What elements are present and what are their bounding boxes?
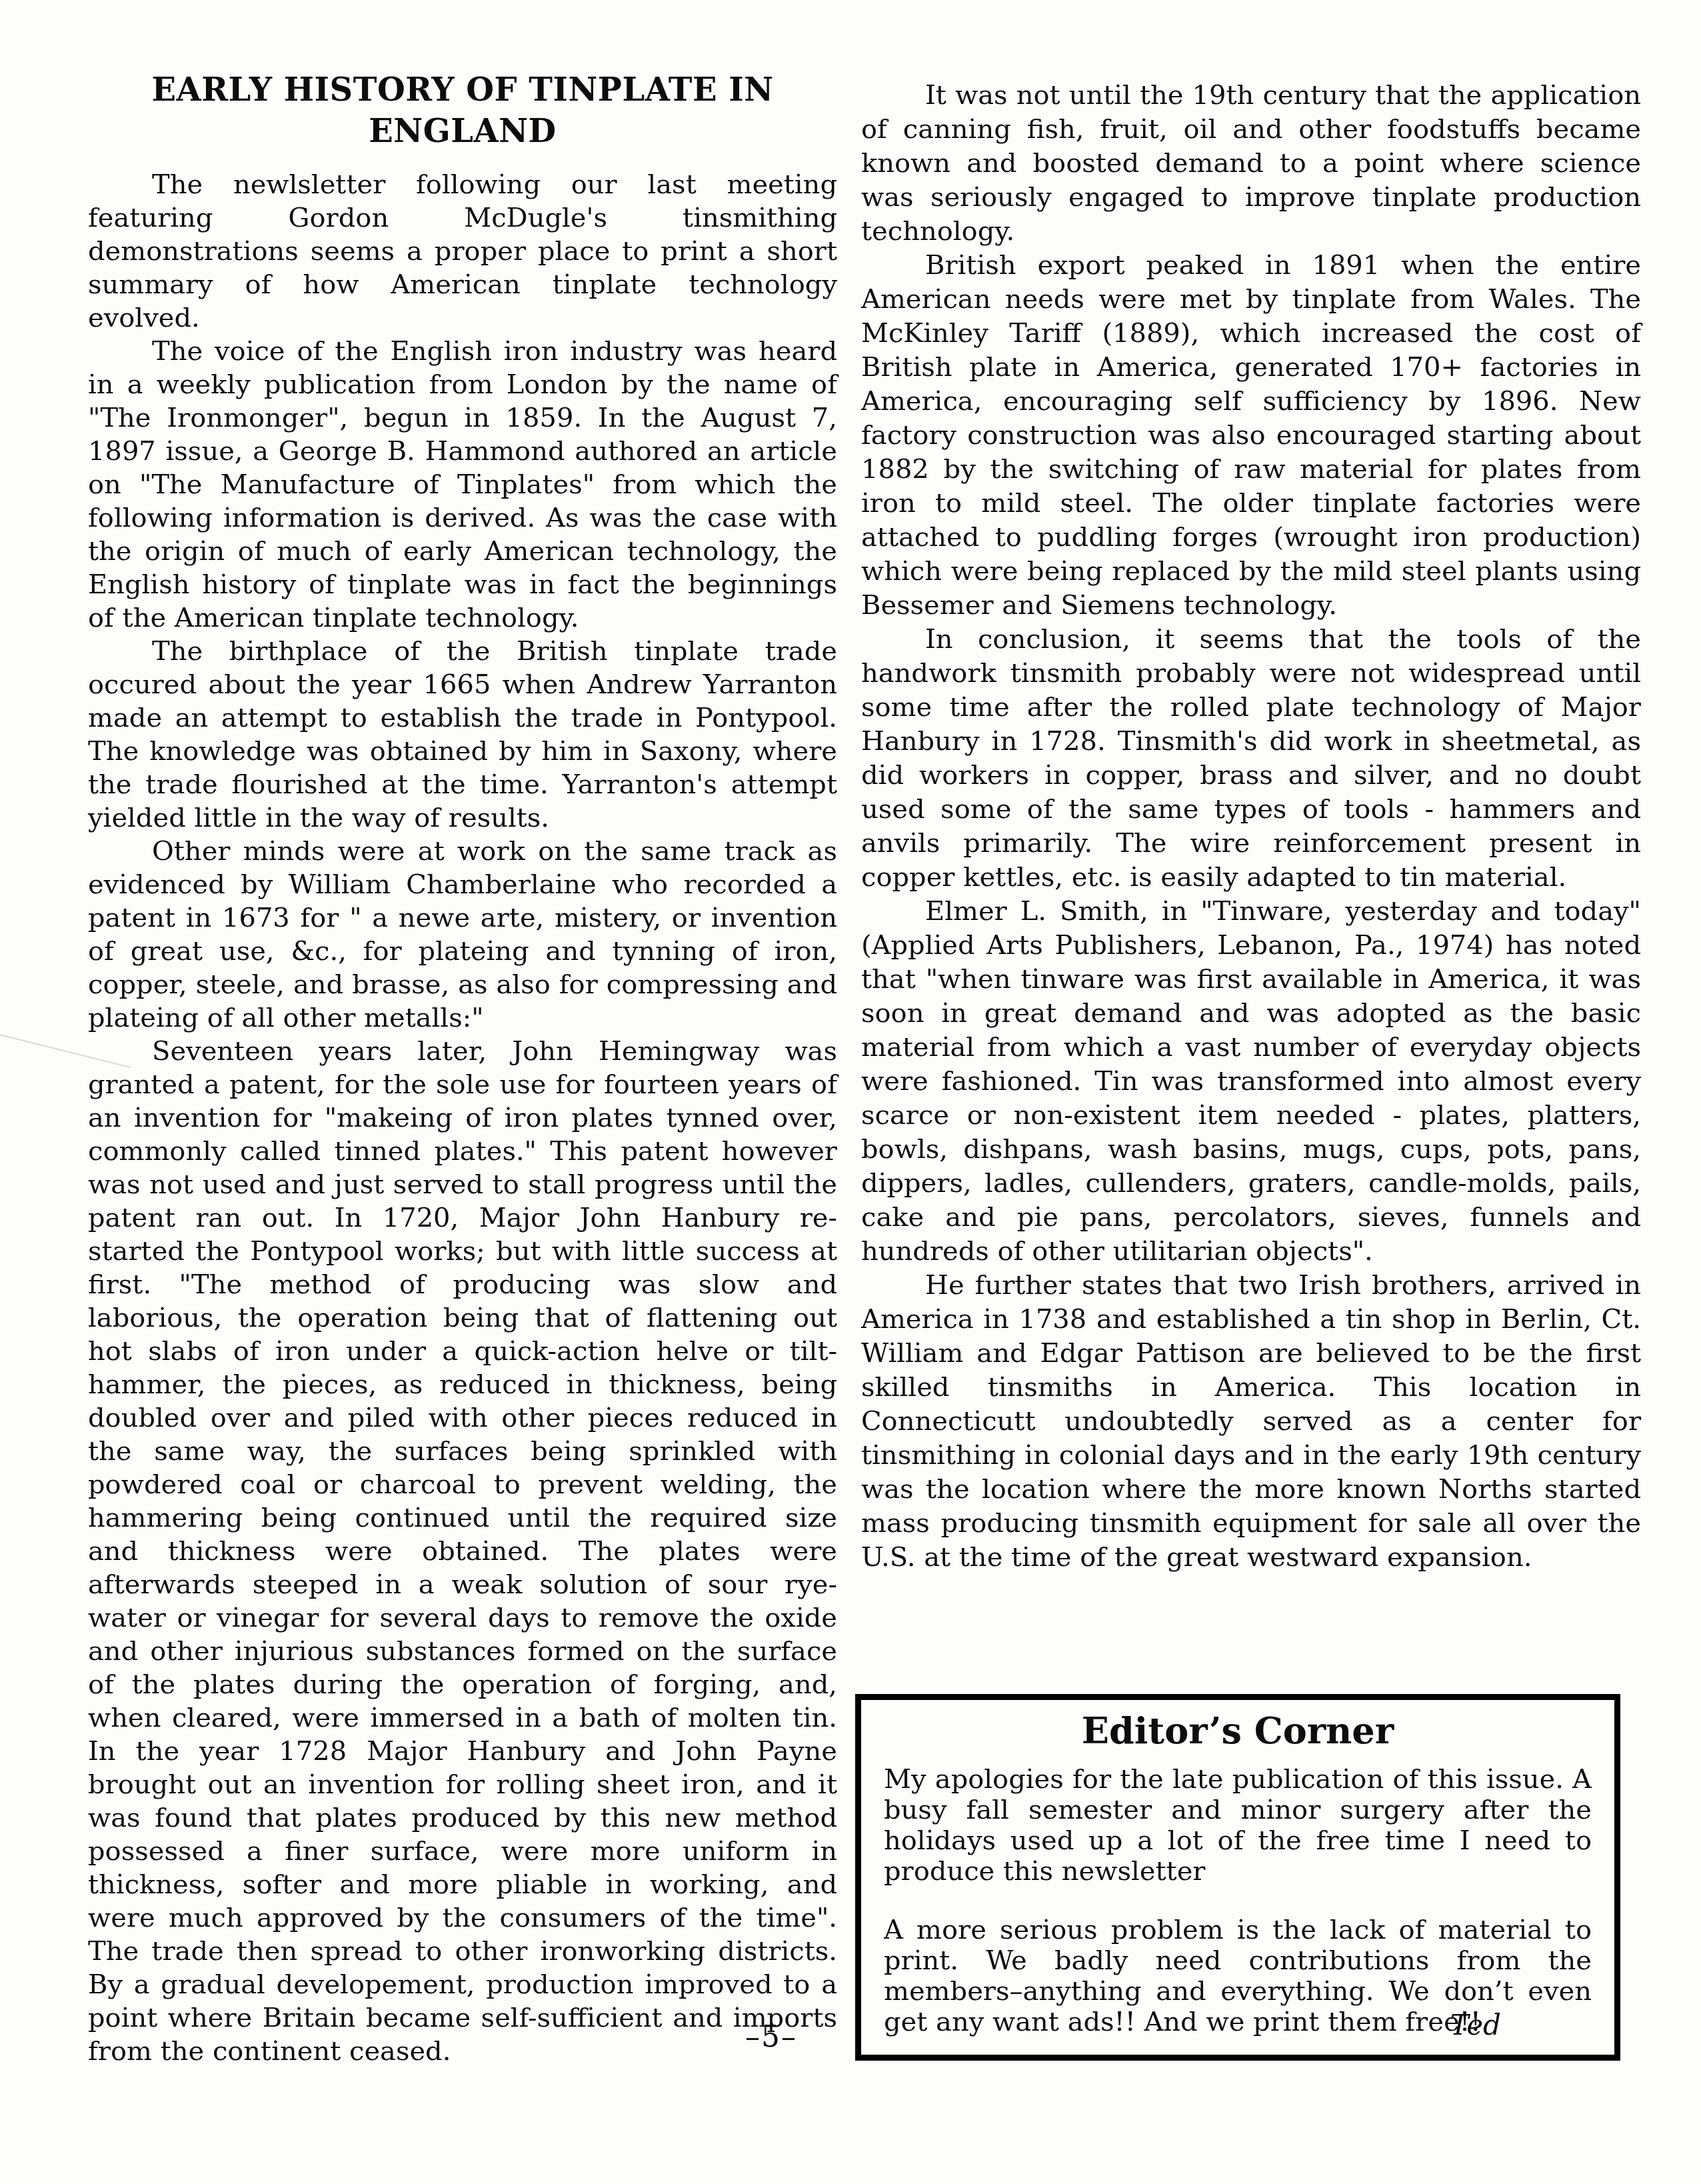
- article-paragraph: British export peaked in 1891 when the e…: [861, 249, 1641, 623]
- article-title-line1: EARLY HISTORY OF TINPLATE IN: [151, 71, 773, 109]
- article-paragraph: It was not until the 19th century that t…: [861, 79, 1641, 249]
- editors-corner-title: Editor’s Corner: [884, 1711, 1592, 1751]
- article-title-line2: ENGLAND: [369, 113, 556, 150]
- article-paragraph: The birthplace of the British tinplate t…: [88, 635, 837, 835]
- newsletter-page: EARLY HISTORY OF TINPLATE INENGLAND The …: [0, 0, 1701, 2184]
- article-title: EARLY HISTORY OF TINPLATE INENGLAND: [88, 69, 837, 152]
- article-paragraph: Other minds were at work on the same tra…: [88, 835, 837, 1035]
- right-column: It was not until the 19th century that t…: [861, 79, 1641, 1575]
- article-paragraph: The newlsletter following our last meeti…: [88, 168, 837, 335]
- article-paragraph: Elmer L. Smith, in "Tinware, yesterday a…: [861, 895, 1641, 1269]
- editor-signature: Ted: [1450, 2009, 1502, 2041]
- editors-corner-paragraph: My apologies for the late publication of…: [884, 1764, 1592, 1887]
- left-column: EARLY HISTORY OF TINPLATE INENGLAND The …: [88, 69, 837, 2068]
- editors-corner-box: Editor’s Corner My apologies for the lat…: [855, 1694, 1620, 2061]
- article-paragraph: He further states that two Irish brother…: [861, 1269, 1641, 1575]
- article-paragraph: In conclusion, it seems that the tools o…: [861, 623, 1641, 895]
- article-paragraph: Seventeen years later, John Hemingway wa…: [88, 1035, 837, 2068]
- page-number: –5–: [745, 2020, 797, 2054]
- article-paragraph: The voice of the English iron industry w…: [88, 335, 837, 635]
